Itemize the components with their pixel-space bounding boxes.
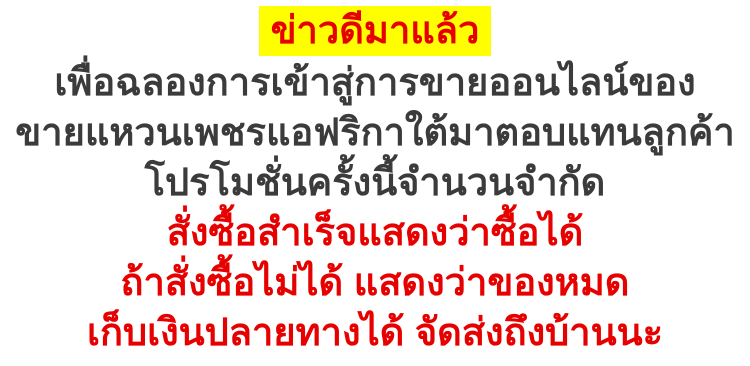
banner-line-out-of-stock: ถ้าสั่งซื้อไม่ได้ แสดงว่าของหมด [121,258,630,308]
banner-line-celebration: เพื่อฉลองการเข้าสู่การขายออนไลน์ของ [54,58,695,108]
headline-row: ข่าวดีมาแล้ว [259,6,492,56]
headline-highlight: ข่าวดีมาแล้ว [259,6,492,56]
banner-line-product: ขายแหวนเพชรแอฟริกาใต้มาตอบแทนลูกค้า [15,108,734,158]
banner-line-order-success: สั่งซื้อสำเร็จแสดงว่าซื้อได้ [167,208,584,258]
promo-banner: ข่าวดีมาแล้ว เพื่อฉลองการเข้าสู่การขายออ… [0,0,750,366]
banner-line-cod-delivery: เก็บเงินปลายทางได้ จัดส่งถึงบ้านนะ [87,308,663,358]
banner-line-limited: โปรโมชั่นครั้งนี้จำนวนจำกัด [145,158,606,208]
